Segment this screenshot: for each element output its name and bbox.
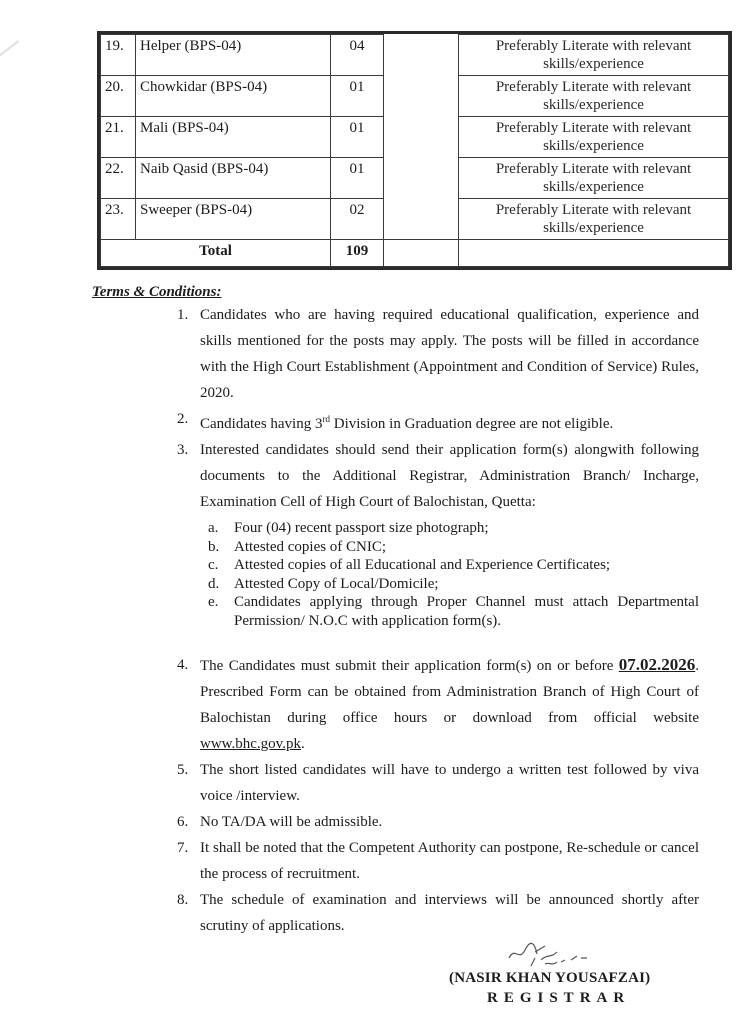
- empty-cell: [384, 117, 459, 158]
- deadline-date: 07.02.2026: [619, 655, 696, 674]
- sub-item: a.Four (04) recent passport size photogr…: [208, 519, 699, 538]
- sub-text: Candidates applying through Proper Chann…: [234, 594, 699, 629]
- scan-artifact: [0, 40, 19, 128]
- post-name: Mali (BPS-04): [136, 117, 331, 158]
- term-item: 5. The short listed candidates will have…: [174, 757, 699, 809]
- empty-cell: [384, 199, 459, 240]
- term-item: 8. The schedule of examination and inter…: [174, 887, 699, 939]
- post-name: Chowkidar (BPS-04): [136, 76, 331, 117]
- term-item: 7. It shall be noted that the Competent …: [174, 835, 699, 887]
- serial-number: 21.: [101, 117, 136, 158]
- item-text: Candidates having 3: [200, 416, 322, 432]
- serial-number: 19.: [101, 35, 136, 76]
- table-row: 19. Helper (BPS-04) 04 Preferably Litera…: [101, 35, 729, 76]
- post-count: 01: [331, 76, 384, 117]
- sub-letter: c.: [208, 556, 218, 575]
- handwritten-signature: [505, 940, 605, 970]
- sub-item: b.Attested copies of CNIC;: [208, 538, 699, 557]
- qualification: Preferably Literate with relevant skills…: [459, 158, 729, 199]
- item-number: 8.: [177, 887, 188, 913]
- table-row: 23. Sweeper (BPS-04) 02 Preferably Liter…: [101, 199, 729, 240]
- total-value: 109: [331, 240, 384, 267]
- serial-number: 23.: [101, 199, 136, 240]
- item-text: .: [301, 736, 305, 752]
- post-name: Sweeper (BPS-04): [136, 199, 331, 240]
- item-number: 4.: [177, 652, 188, 678]
- item-number: 5.: [177, 757, 188, 783]
- item-text: The short listed candidates will have to…: [200, 762, 699, 804]
- qualification: Preferably Literate with relevant skills…: [459, 199, 729, 240]
- item-text: No TA/DA will be admissible.: [200, 814, 382, 830]
- sub-text: Four (04) recent passport size photograp…: [234, 520, 489, 536]
- post-count: 01: [331, 158, 384, 199]
- sub-letter: a.: [208, 519, 218, 538]
- post-name: Naib Qasid (BPS-04): [136, 158, 331, 199]
- post-count: 01: [331, 117, 384, 158]
- sub-letter: b.: [208, 538, 219, 557]
- item-number: 3.: [177, 437, 188, 463]
- item-number: 7.: [177, 835, 188, 861]
- empty-cell: [384, 240, 459, 267]
- term-item: 6. No TA/DA will be admissible.: [174, 809, 699, 835]
- empty-cell: [384, 76, 459, 117]
- ordinal-suffix: rd: [322, 414, 330, 424]
- term-item: 4. The Candidates must submit their appl…: [174, 652, 699, 757]
- item-text: The schedule of examination and intervie…: [200, 892, 699, 934]
- empty-cell: [459, 240, 729, 267]
- terms-heading: Terms & Conditions:: [92, 284, 221, 301]
- posts-table: 19. Helper (BPS-04) 04 Preferably Litera…: [97, 31, 732, 270]
- total-label: Total: [101, 240, 331, 267]
- signatory-name: (NASIR KHAN YOUSAFZAI): [449, 970, 650, 987]
- item-number: 6.: [177, 809, 188, 835]
- signatory-title: REGISTRAR: [487, 990, 630, 1007]
- term-item: 3. Interested candidates should send the…: [174, 437, 699, 630]
- serial-number: 22.: [101, 158, 136, 199]
- post-count: 04: [331, 35, 384, 76]
- item-text: Interested candidates should send their …: [200, 442, 699, 510]
- website-link[interactable]: www.bhc.gov.pk: [200, 736, 301, 752]
- empty-cell: [384, 35, 459, 76]
- documents-sublist: a.Four (04) recent passport size photogr…: [208, 519, 699, 630]
- qualification: Preferably Literate with relevant skills…: [459, 117, 729, 158]
- term-item: 2. Candidates having 3rd Division in Gra…: [174, 406, 699, 437]
- terms-list: 1. Candidates who are having required ed…: [174, 302, 699, 939]
- post-count: 02: [331, 199, 384, 240]
- item-text: Division in Graduation degree are not el…: [330, 416, 613, 432]
- table-row: 20. Chowkidar (BPS-04) 01 Preferably Lit…: [101, 76, 729, 117]
- item-text: The Candidates must submit their applica…: [200, 658, 619, 674]
- sub-text: Attested Copy of Local/Domicile;: [234, 576, 439, 592]
- serial-number: 20.: [101, 76, 136, 117]
- table-row: 21. Mali (BPS-04) 01 Preferably Literate…: [101, 117, 729, 158]
- sub-text: Attested copies of CNIC;: [234, 539, 386, 555]
- qualification: Preferably Literate with relevant skills…: [459, 76, 729, 117]
- item-number: 2.: [177, 406, 188, 432]
- sub-item: c.Attested copies of all Educational and…: [208, 556, 699, 575]
- sub-letter: e.: [208, 593, 218, 612]
- item-number: 1.: [177, 302, 188, 328]
- qualification: Preferably Literate with relevant skills…: [459, 35, 729, 76]
- item-text: Candidates who are having required educa…: [200, 307, 699, 401]
- term-item: 1. Candidates who are having required ed…: [174, 302, 699, 406]
- item-text: It shall be noted that the Competent Aut…: [200, 840, 699, 882]
- table-row: 22. Naib Qasid (BPS-04) 01 Preferably Li…: [101, 158, 729, 199]
- empty-cell: [384, 158, 459, 199]
- sub-letter: d.: [208, 575, 219, 594]
- sub-item: e.Candidates applying through Proper Cha…: [208, 593, 699, 630]
- total-row: Total 109: [101, 240, 729, 267]
- sub-item: d.Attested Copy of Local/Domicile;: [208, 575, 699, 594]
- post-name: Helper (BPS-04): [136, 35, 331, 76]
- sub-text: Attested copies of all Educational and E…: [234, 557, 610, 573]
